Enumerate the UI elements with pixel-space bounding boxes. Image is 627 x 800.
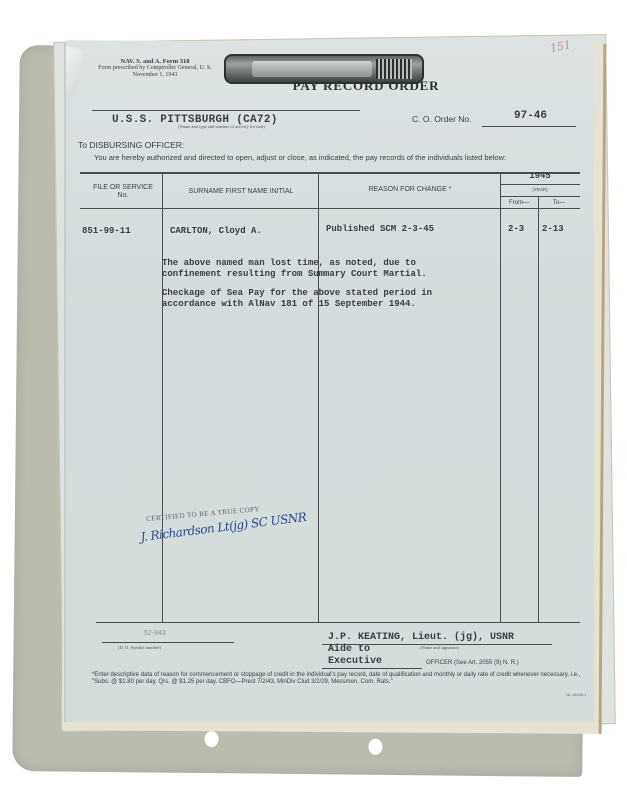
header-file-no: FILE OR SERVICE No. xyxy=(88,184,158,200)
officer-caption: (Name and signature) xyxy=(420,645,459,650)
form-number: NAV. S. and A. Form 318 xyxy=(80,58,230,65)
authorization-text: You are hereby authorized and directed t… xyxy=(78,152,578,164)
header-to: To— xyxy=(538,199,580,207)
header-year: 1945 xyxy=(500,172,580,180)
person-name: CARLTON, Cloyd A. xyxy=(170,226,262,236)
ship-underline xyxy=(92,110,360,111)
form-code: 16—80140-1 xyxy=(566,693,586,697)
do-symbol-caption: (D. O. Symbol number) xyxy=(118,645,161,650)
co-order-value: 97-46 xyxy=(514,110,547,122)
punch-hole xyxy=(368,739,382,755)
ship-caption: (Name and type and number of activity fo… xyxy=(178,124,265,129)
co-order-label: C. O. Order No. xyxy=(412,114,472,124)
header-year-caption: (YEAR) xyxy=(500,186,580,194)
officer-name: J.P. KEATING, Lieut. (jg), USNR xyxy=(328,632,514,643)
col-divider xyxy=(162,172,163,622)
officer-suffix: OFFICER (See Art. 2055 (9) N. R.) xyxy=(426,660,519,666)
form-identifier: NAV. S. and A. Form 318 Form prescribed … xyxy=(80,58,230,79)
clip-grip xyxy=(376,59,412,79)
pay-record-table: FILE OR SERVICE No. SURNAME FIRST NAME I… xyxy=(80,172,580,622)
header-from: From— xyxy=(500,199,538,207)
clip-plate xyxy=(252,61,372,77)
from-date: 2-3 xyxy=(508,224,524,234)
page-title: PAY RECORD ORDER xyxy=(266,78,466,94)
col-divider xyxy=(318,172,319,622)
pencil-page-number: 151 xyxy=(549,38,572,55)
form-prescribed: Form prescribed by Comptroller General, … xyxy=(80,65,230,72)
addressee: To DISBURSING OFFICER: xyxy=(78,140,184,150)
from-to-bottom-rule xyxy=(500,208,580,209)
officer-title-line2: Executive xyxy=(328,656,382,667)
officer-title-line1: Aide to xyxy=(328,644,370,655)
do-symbol-underline xyxy=(102,642,234,643)
header-name: SURNAME FIRST NAME INITIAL xyxy=(166,188,316,196)
year-rule xyxy=(500,184,580,185)
reason: Published SCM 2-3-45 xyxy=(326,224,434,234)
do-symbol-value: 52-943 xyxy=(144,630,166,637)
form-date: November 1, 1943 xyxy=(80,72,230,79)
officer-title-underline xyxy=(322,668,422,669)
remark-note: The above named man lost time, as noted,… xyxy=(162,258,427,280)
footnote: *Enter descriptive data of reason for co… xyxy=(92,672,582,686)
co-order-underline xyxy=(482,126,576,127)
to-date: 2-13 xyxy=(542,224,564,234)
from-to-rule xyxy=(500,196,580,197)
remark-note: Checkage of Sea Pay for the above stated… xyxy=(162,288,432,310)
col-divider xyxy=(500,172,501,622)
table-bottom-rule xyxy=(96,622,580,623)
pay-record-order-form: NAV. S. and A. Form 318 Form prescribed … xyxy=(64,42,594,722)
file-no: 851-99-11 xyxy=(82,226,131,236)
header-bottom-rule xyxy=(80,208,500,209)
header-reason: REASON FOR CHANGE * xyxy=(320,186,500,194)
col-divider xyxy=(538,196,539,622)
punch-hole xyxy=(204,731,218,747)
